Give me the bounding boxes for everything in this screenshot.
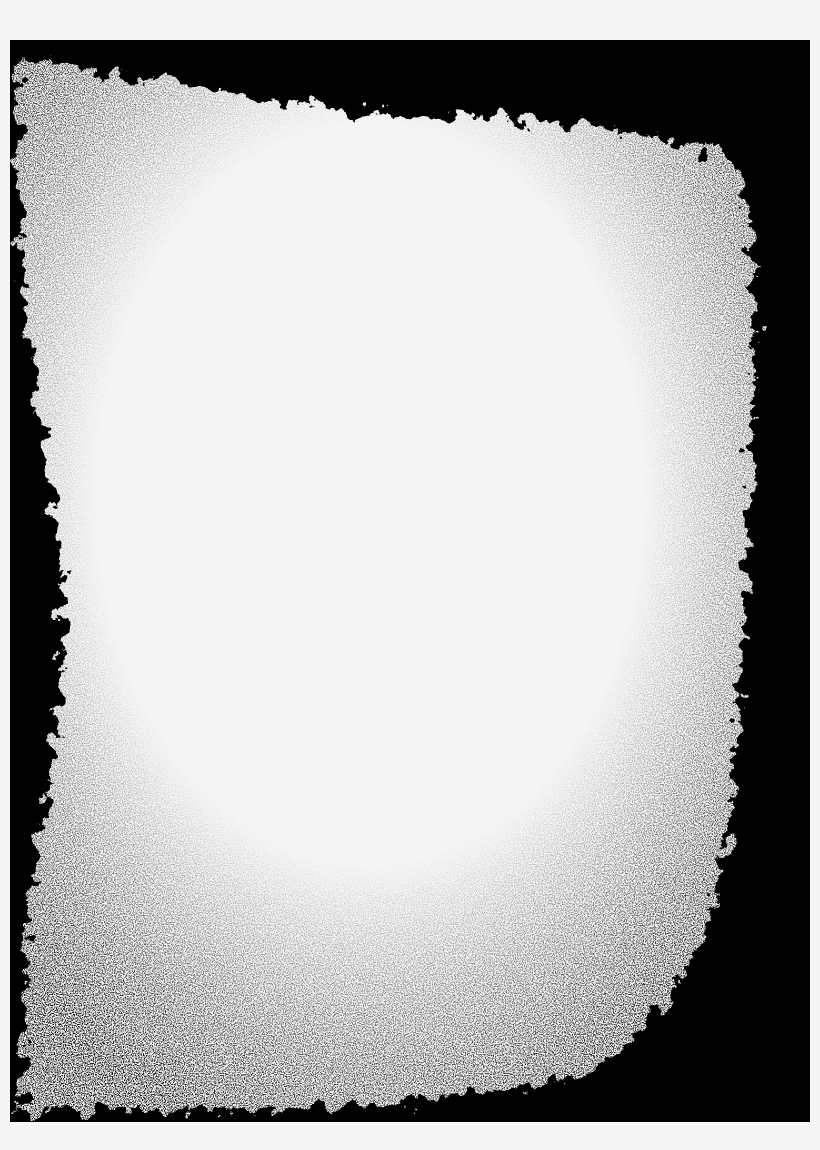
grunge-frame [10,40,810,1122]
paper-area [10,40,810,1122]
